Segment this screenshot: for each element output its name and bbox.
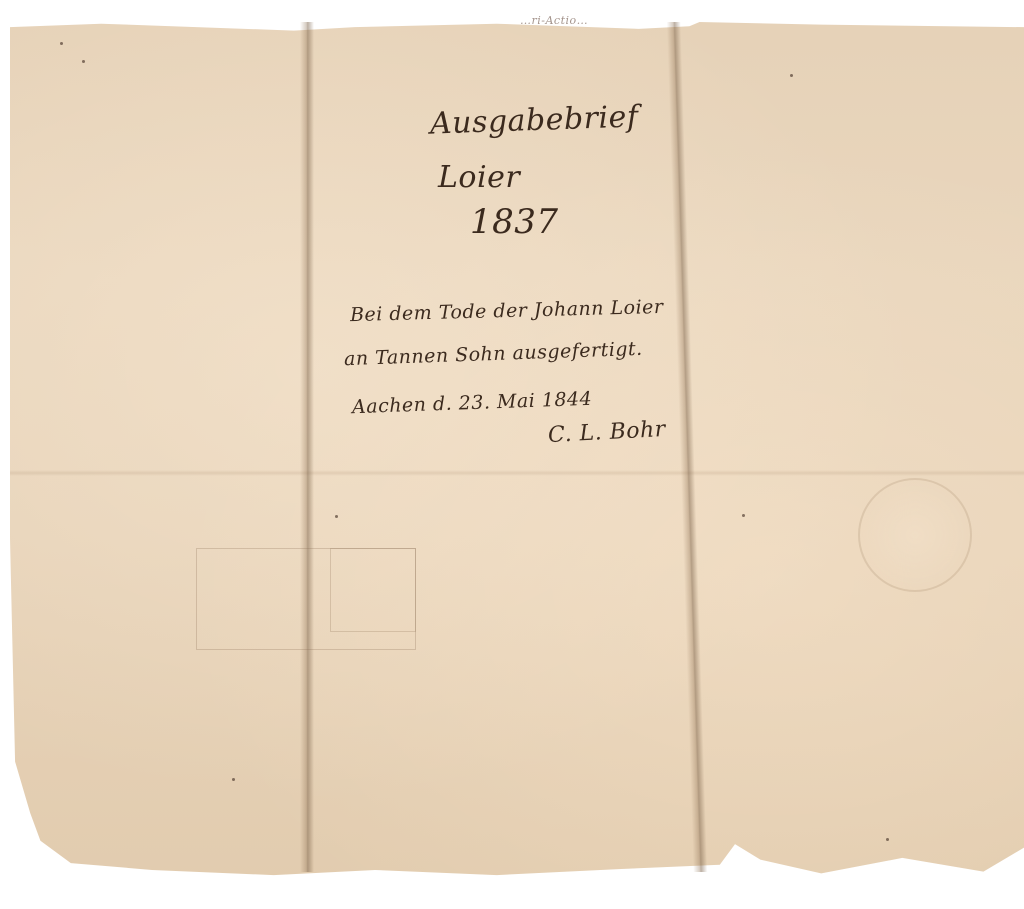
ink-speck bbox=[886, 838, 889, 841]
horizontal-crease bbox=[10, 470, 1024, 476]
ink-speck bbox=[335, 515, 338, 518]
document-scan: …ri-Actio… Ausgabebrief Loier 1837 Bei d… bbox=[0, 0, 1024, 909]
heading-line-2: Loier bbox=[438, 160, 520, 195]
ink-speck bbox=[742, 514, 745, 517]
paper-sheet bbox=[10, 22, 1024, 882]
ink-speck bbox=[60, 42, 63, 45]
faint-stamp-inner-box bbox=[330, 548, 416, 632]
heading-line-1: Ausgabebrief bbox=[429, 99, 639, 141]
heading-year: 1837 bbox=[470, 202, 559, 242]
fold-line-left bbox=[300, 22, 314, 872]
faint-seal-impression bbox=[858, 478, 972, 592]
ink-speck bbox=[82, 60, 85, 63]
ink-speck bbox=[232, 778, 235, 781]
ink-speck bbox=[790, 74, 793, 77]
top-edge-text: …ri-Actio… bbox=[520, 14, 588, 27]
